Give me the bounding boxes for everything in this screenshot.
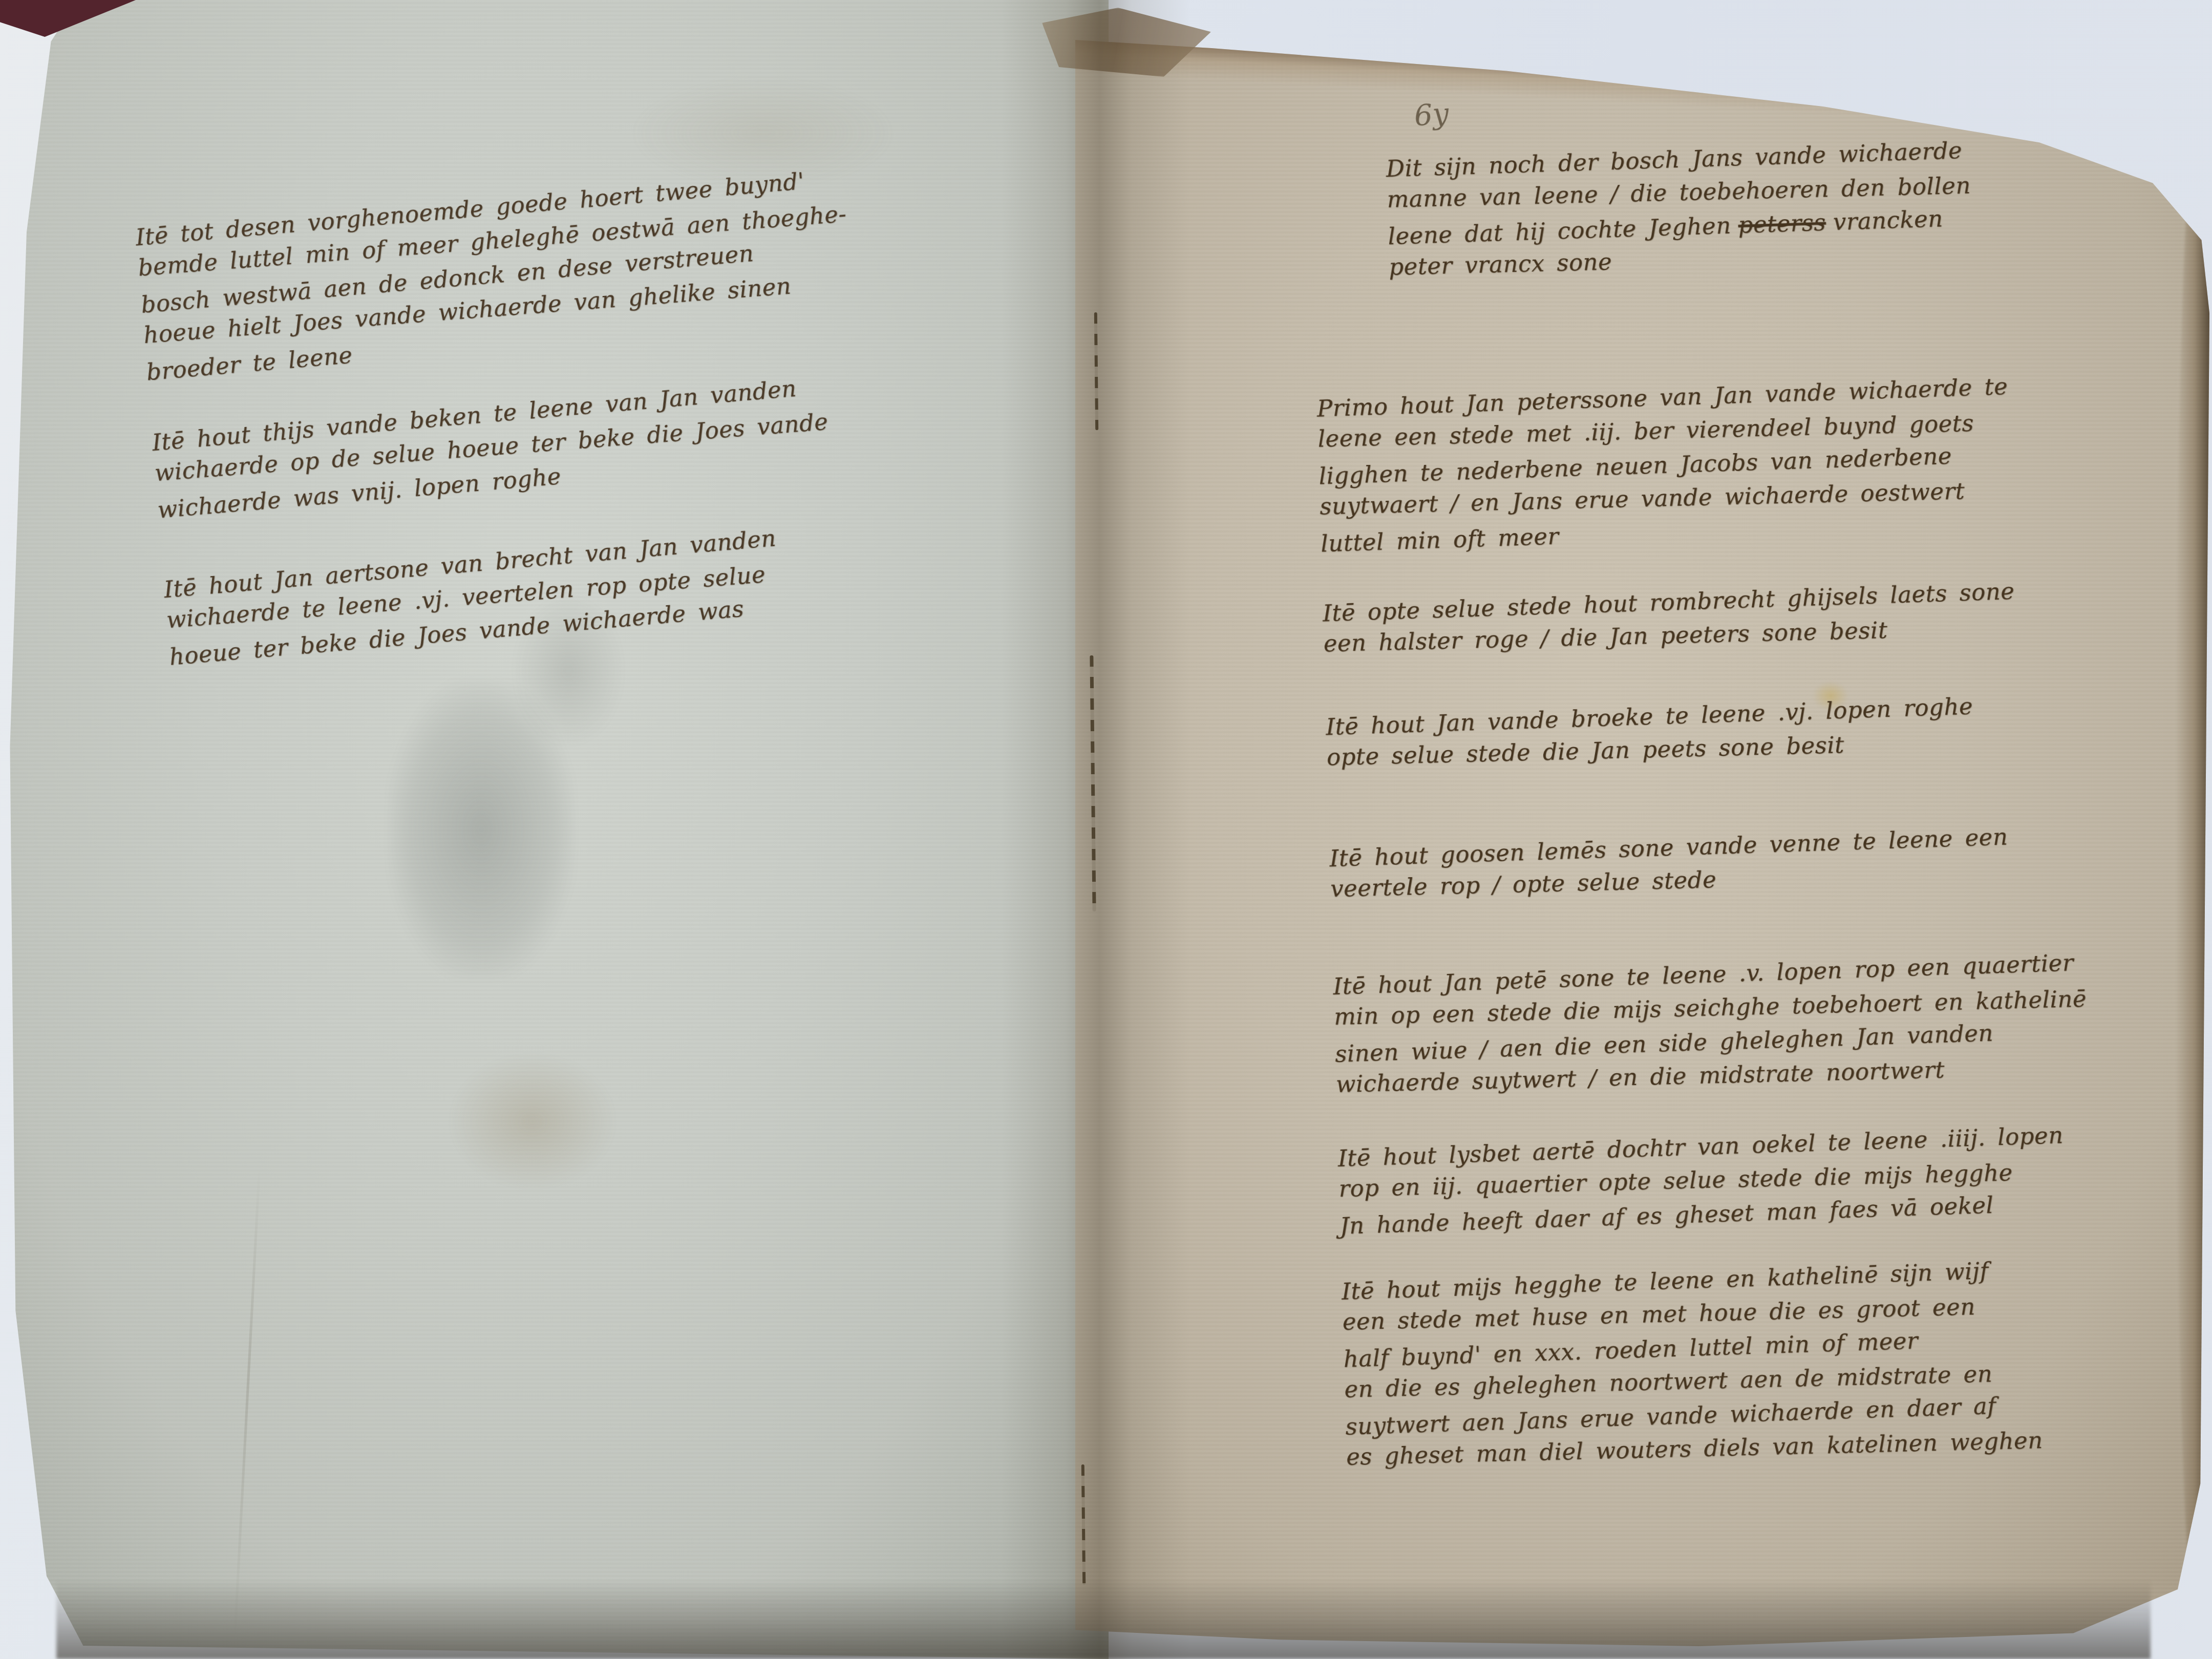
paper-stain — [389, 681, 573, 978]
gutter — [1001, 0, 1190, 1659]
left-page-text: Itē tot desen vorghenoemde goede hoert t… — [134, 153, 992, 672]
book-bottom-shadow — [56, 1580, 2151, 1659]
right-paragraph-3: Itē hout Jan vande broeke te leene .vj. … — [1325, 685, 2182, 776]
left-paragraph-2: Itē hout thijs vande beken te leene van … — [151, 358, 981, 525]
right-paragraph-7: Itē hout mijs hegghe te leene en katheli… — [1341, 1249, 2201, 1476]
right-paragraph-5: Itē hout Jan petē sone te leene .v. lope… — [1332, 944, 2191, 1103]
struck-word: peterss — [1738, 209, 1826, 239]
right-header-paragraph: Dit sijn noch der bosch Jans vande wicha… — [1386, 129, 2168, 285]
paper-stain — [451, 1055, 614, 1188]
right-page-text: Dit sijn noch der bosch Jans vande wicha… — [1310, 129, 2202, 1476]
right-paragraph-6: Itē hout lysbet aertē dochtr van oekel t… — [1337, 1116, 2195, 1242]
line-text: vrancken — [1833, 205, 1943, 236]
right-paragraph-1: Primo hout Jan peterssone van Jan vande … — [1316, 366, 2176, 559]
right-paragraph-2: Itē opte selue stede hout rombrecht ghij… — [1322, 571, 2179, 663]
right-paragraph-4: Itē hout goosen lemēs sone vande venne t… — [1329, 816, 2185, 908]
page-crease — [233, 1167, 261, 1638]
folio-mark: 6y — [1413, 97, 1450, 133]
tattered-top-edge — [1049, 10, 2212, 136]
manuscript-photo: 6y Itē tot desen vorghenoemde goede hoer… — [0, 0, 2212, 1659]
